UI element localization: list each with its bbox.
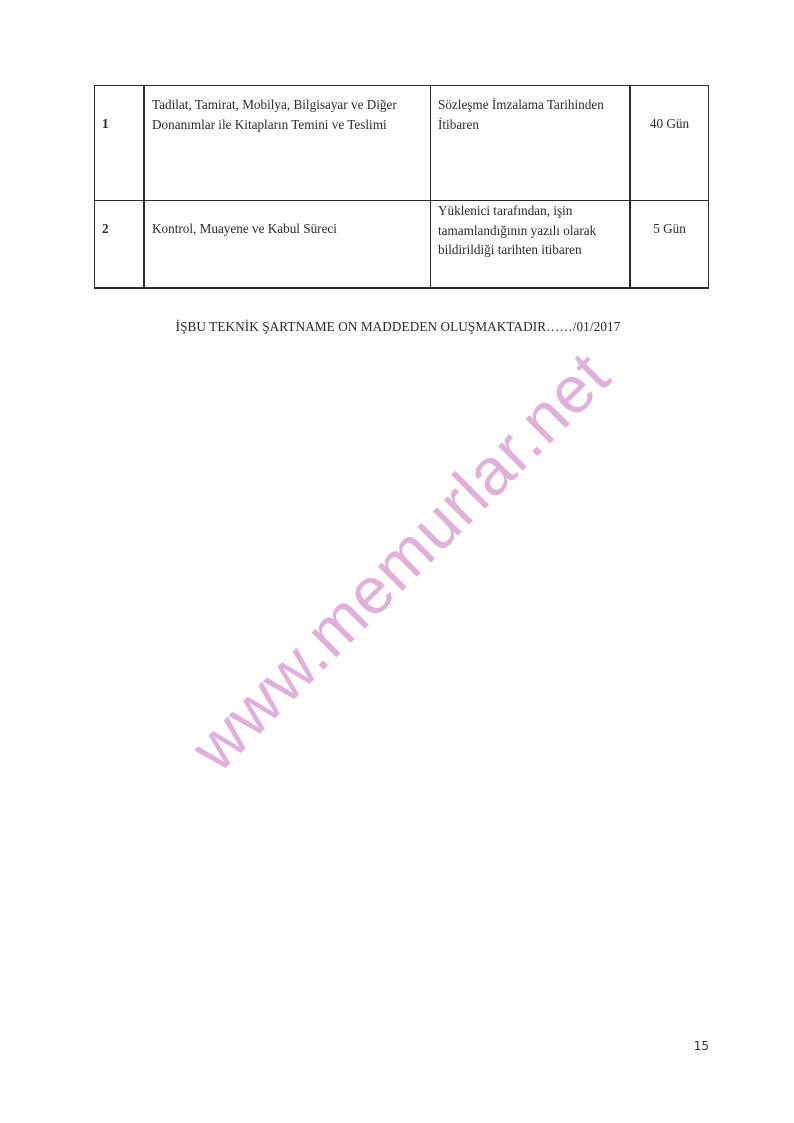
task-cell: Tadilat, Tamirat, Mobilya, Bilgisayar ve… xyxy=(144,86,431,201)
row-number: 2 xyxy=(95,201,145,289)
closing-statement: İŞBU TEKNİK ŞARTNAME ON MADDEDEN OLUŞMAK… xyxy=(0,319,794,335)
row-number: 1 xyxy=(95,86,145,201)
task-cell: Kontrol, Muayene ve Kabul Süreci xyxy=(144,201,431,289)
start-cell: Yüklenici tarafından, işin tamamlandığın… xyxy=(431,201,631,289)
start-cell: Sözleşme İmzalama Tarihinden İtibaren xyxy=(431,86,631,201)
schedule-table: 1 Tadilat, Tamirat, Mobilya, Bilgisayar … xyxy=(94,85,709,289)
page-number: 15 xyxy=(694,1039,709,1053)
watermark: www.memurlar.net xyxy=(176,337,625,786)
duration-cell: 5 Gün xyxy=(630,201,709,289)
duration-cell: 40 Gün xyxy=(630,86,709,201)
document-page: 1 Tadilat, Tamirat, Mobilya, Bilgisayar … xyxy=(0,0,794,1123)
table-row: 1 Tadilat, Tamirat, Mobilya, Bilgisayar … xyxy=(95,86,709,201)
table-row: 2 Kontrol, Muayene ve Kabul Süreci Yükle… xyxy=(95,201,709,289)
